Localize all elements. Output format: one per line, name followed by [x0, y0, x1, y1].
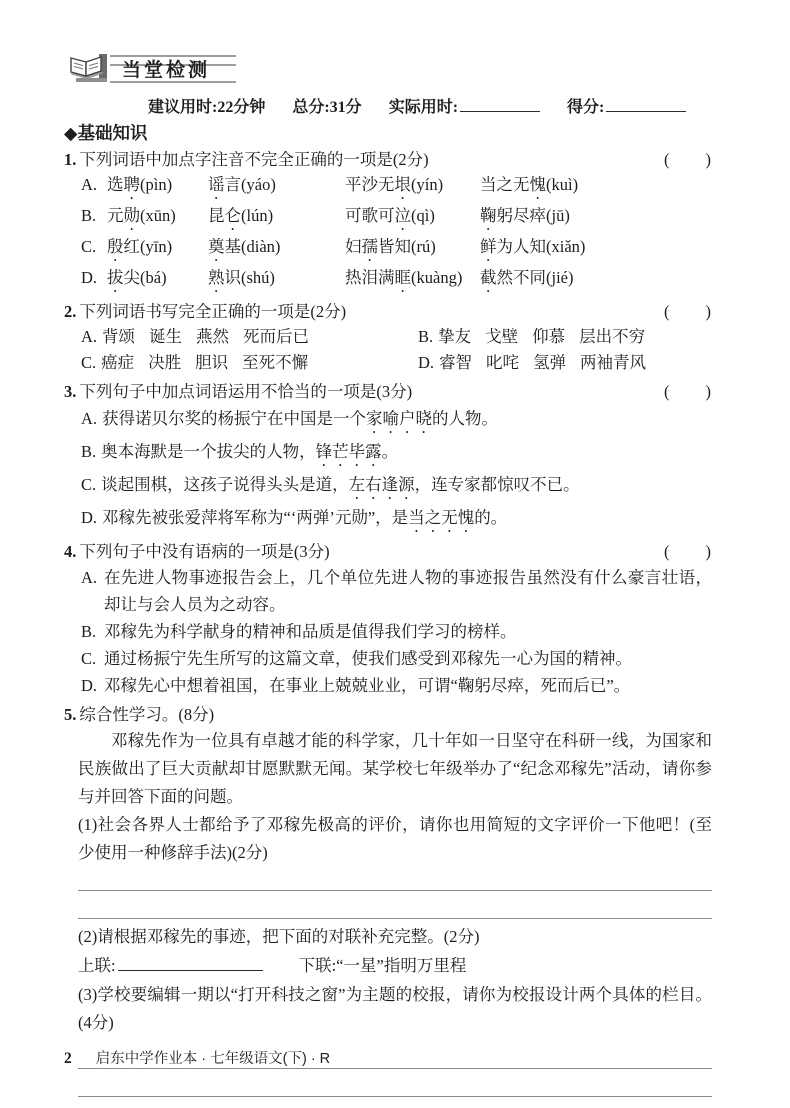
q3-option-a: A.获得诺贝尔奖的杨振宁在中国是一个家喻户晓的人物。 — [64, 404, 712, 437]
q5-sub-question-1: (1)社会各界人士都给予了邓稼先极高的评价，请你也用简短的文字评价一下他吧！(至… — [64, 811, 712, 867]
open-book-icon — [64, 50, 112, 86]
page-number: 2 — [64, 1050, 72, 1068]
page-footer: 2 启东中学作业本 · 七年级语文(下) · R — [64, 1047, 330, 1068]
word-item: 昆仑(lún) — [208, 203, 345, 234]
word-item: 元勋(xūn) — [107, 203, 208, 234]
lower-couplet-text: 下联:“一星”指明万里程 — [299, 951, 467, 981]
q1-option-row-c: C. 殷红(yīn) 奠基(diàn) 妇孺皆知(rú) 鲜为人知(xiǎn) — [64, 234, 712, 265]
q4-stem: 4.下列句子中没有语病的一项是(3分) ( ) — [64, 540, 712, 564]
q5-stem-text: 5.综合性学习。(8分) — [64, 703, 214, 727]
q2-stem: 2.下列词语书写完全正确的一项是(2分) ( ) — [64, 300, 712, 324]
q3-answer-box[interactable]: ( ) — [664, 380, 712, 404]
word-item: 截然不同(jié) — [480, 265, 712, 296]
q2-stem-text: 2.下列词语书写完全正确的一项是(2分) — [64, 300, 346, 324]
couplet-row: 上联: 下联:“一星”指明万里程 — [64, 951, 712, 981]
q1-option-row-b: B. 元勋(xūn) 昆仑(lún) 可歌可泣(qì) 鞠躬尽瘁(jū) — [64, 203, 712, 234]
meta-row: 建议用时:22分钟 总分:31分 实际用时: 得分: — [148, 94, 712, 117]
q2-option-d: D. 睿智叱咤氢弹两袖青风 — [418, 350, 660, 376]
q3-option-b: B.奥本海默是一个拔尖的人物，锋芒毕露。 — [64, 437, 712, 470]
word-item: 殷红(yīn) — [107, 234, 208, 265]
word-item: 奠基(diàn) — [208, 234, 345, 265]
book-title: 启东中学作业本 · 七年级语文(下) · R — [96, 1047, 330, 1068]
logo-stripe — [110, 55, 236, 57]
q1-option-row-a: A. 选聘(pìn) 谣言(yáo) 平沙无垠(yín) 当之无愧(kuì) — [64, 172, 712, 203]
q4-option-a: A.在先进人物事迹报告会上，几个单位先进人物的事迹报告虽然没有什么豪言壮语，却让… — [81, 564, 712, 618]
q4-option-b: B.邓稼先为科学献身的精神和品质是值得我们学习的榜样。 — [81, 618, 712, 645]
q4-option-d: D.邓稼先心中想着祖国，在事业上兢兢业业，可谓“鞠躬尽瘁，死而后已”。 — [81, 672, 712, 699]
q1-option-row-d: D. 拔尖(bá) 熟识(shú) 热泪满眶(kuàng) 截然不同(jié) — [64, 265, 712, 296]
q5-intro-paragraph: 邓稼先作为一位具有卓越才能的科学家，几十年如一日坚守在科研一线，为国家和民族做出… — [64, 727, 712, 811]
q4-option-c: C.通过杨振宁先生所写的这篇文章，使我们感受到邓稼先一心为国的精神。 — [81, 645, 712, 672]
q2-option-b: B. 挚友戈壁仰慕层出不穷 — [418, 324, 659, 350]
actual-time-blank[interactable] — [460, 97, 540, 112]
word-item: 热泪满眶(kuàng) — [345, 265, 480, 296]
q2-option-c: C. 癌症决胜胆识至死不懈 — [81, 350, 418, 376]
answer-line[interactable] — [78, 1069, 712, 1097]
word-item: 可歌可泣(qì) — [345, 203, 480, 234]
upper-couplet-label: 上联: — [78, 951, 116, 981]
score-blank[interactable] — [606, 97, 686, 112]
word-item: 妇孺皆知(rú) — [345, 234, 480, 265]
actual-time-field: 实际用时: — [389, 94, 540, 117]
q2-option-row: A. 背颂诞生燕然死而后已 B. 挚友戈壁仰慕层出不穷 — [64, 324, 712, 350]
q3-stem-text: 3.下列句子中加点词语运用不恰当的一项是(3分) — [64, 380, 412, 404]
word-item: 鞠躬尽瘁(jū) — [480, 203, 712, 234]
worksheet-page: 当堂检测 建议用时:22分钟 总分:31分 实际用时: 得分: ◆基础知识 1.… — [0, 0, 790, 1108]
q1-stem: 1.下列词语中加点字注音不完全正确的一项是(2分) ( ) — [64, 148, 712, 172]
logo-title-text: 当堂检测 — [122, 60, 210, 81]
word-item: 熟识(shú) — [208, 265, 345, 296]
section-title: ◆基础知识 — [64, 122, 712, 144]
q5-sub-question-2: (2)请根据邓稼先的事迹，把下面的对联补充完整。(2分) — [64, 923, 712, 951]
answer-line[interactable] — [78, 867, 712, 891]
total-score-label: 总分:31分 — [292, 94, 361, 117]
q4-answer-box[interactable]: ( ) — [664, 540, 712, 564]
q2-option-row: C. 癌症决胜胆识至死不懈 D. 睿智叱咤氢弹两袖青风 — [64, 350, 712, 376]
word-item: 谣言(yáo) — [208, 172, 345, 203]
upper-couplet-blank[interactable] — [118, 956, 263, 971]
q2-option-a: A. 背颂诞生燕然死而后已 — [81, 324, 418, 350]
q2-answer-box[interactable]: ( ) — [664, 300, 712, 324]
q3-option-d: D.邓稼先被张爱萍将军称为“‘两弹’元勋”，是当之无愧的。 — [64, 503, 712, 536]
q4-stem-text: 4.下列句子中没有语病的一项是(3分) — [64, 540, 330, 564]
answer-line[interactable] — [78, 891, 712, 919]
word-item: 平沙无垠(yín) — [345, 172, 480, 203]
word-item: 当之无愧(kuì) — [480, 172, 712, 203]
word-item: 选聘(pìn) — [107, 172, 208, 203]
q3-option-c: C.谈起围棋，这孩子说得头头是道，左右逢源，连专家都惊叹不已。 — [64, 470, 712, 503]
word-item: 拔尖(bá) — [107, 265, 208, 296]
actual-time-label: 实际用时: — [389, 94, 458, 117]
score-label: 得分: — [567, 94, 604, 117]
logo-title: 当堂检测 — [114, 52, 220, 85]
section-logo: 当堂检测 — [64, 50, 712, 86]
suggested-time-label: 建议用时:22分钟 — [148, 94, 265, 117]
q3-stem: 3.下列句子中加点词语运用不恰当的一项是(3分) ( ) — [64, 380, 712, 404]
q5-sub-question-3: (3)学校要编辑一期以“打开科技之窗”为主题的校报，请你为校报设计两个具体的栏目… — [64, 981, 712, 1037]
score-field: 得分: — [567, 94, 686, 117]
word-item: 鲜为人知(xiǎn) — [480, 234, 712, 265]
q5-stem: 5.综合性学习。(8分) — [64, 703, 712, 727]
q1-answer-box[interactable]: ( ) — [664, 148, 712, 172]
q1-stem-text: 1.下列词语中加点字注音不完全正确的一项是(2分) — [64, 148, 429, 172]
